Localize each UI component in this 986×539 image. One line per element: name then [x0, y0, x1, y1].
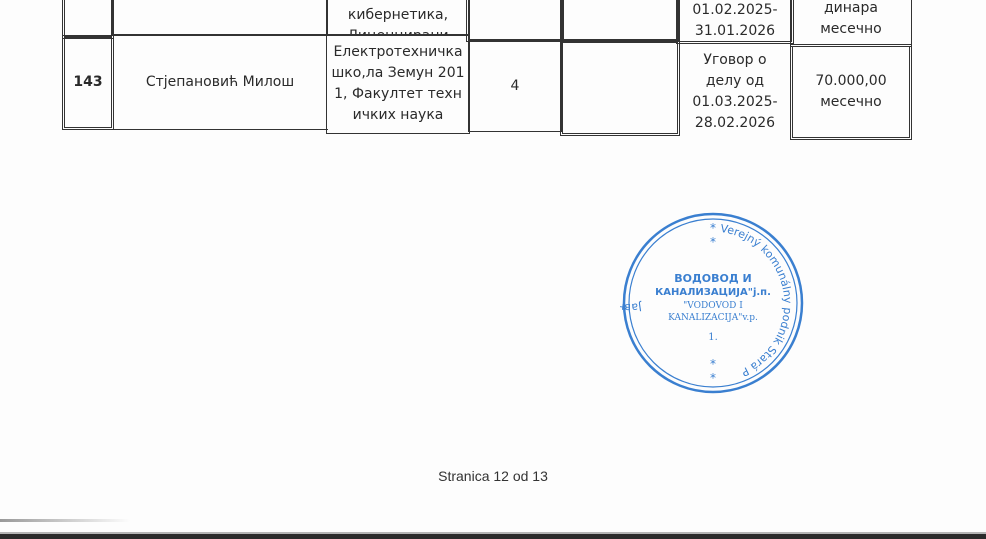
- stamp-line-3: "VODOVOD I: [683, 301, 743, 311]
- page-edge-dark: [0, 534, 986, 539]
- row-name-cell: Стјепановић Милош: [112, 34, 328, 130]
- employee-name: Стјепановић Милош: [146, 72, 294, 93]
- row-salary-cell: 70.000,00 месечно: [790, 44, 912, 140]
- contract-text: Уговор о делу од 01.03.2025-28.02.2026: [685, 50, 785, 134]
- row-degree-cell: 4: [468, 40, 562, 132]
- row-qualification-cell: Електротехничка шко,ла Земун 2011, Факул…: [326, 34, 470, 134]
- row-number-cell: 143: [62, 35, 114, 130]
- svg-text:*: *: [710, 221, 716, 235]
- prev-row-empty-cell: [560, 0, 680, 42]
- row-contract-cell: Уговор о делу од 01.03.2025-28.02.2026: [678, 44, 792, 140]
- scan-smudge: [0, 519, 130, 522]
- row-empty-cell: [560, 40, 680, 136]
- prev-row-number-cell: [62, 0, 114, 39]
- prev-row-contract-cell: 01.02.2025- 31.01.2026: [676, 0, 794, 44]
- svg-text:*: *: [710, 357, 716, 371]
- stamp-line-1: ВОДОВОД И: [674, 272, 751, 285]
- row-number: 143: [73, 72, 102, 93]
- official-stamp: Јавно комунално предузеће Стара Пазова V…: [620, 210, 806, 396]
- salary-text: 70.000,00 месечно: [806, 71, 896, 113]
- degree-level: 4: [511, 76, 520, 97]
- prev-salary-line-1: динара: [820, 0, 881, 19]
- prev-salary-line-2: месечно: [820, 19, 881, 40]
- prev-qualification-line-1: кибернетика,: [347, 5, 448, 26]
- stamp-line-2: КАНАЛИЗАЦИЈА"j.п.: [655, 287, 771, 298]
- prev-row-salary-cell: динара месечно: [790, 0, 912, 47]
- svg-text:*: *: [710, 235, 716, 249]
- stamp-number: 1.: [708, 332, 718, 343]
- prev-row-degree-cell: [466, 0, 564, 42]
- prev-contract-line-1: 01.02.2025-: [692, 0, 777, 21]
- prev-row-qualification-cell: кибернетика, Лиценцирани: [326, 0, 470, 36]
- stamp-line-4: KANALIZACIJA"v.p.: [668, 313, 758, 323]
- qualification-text: Електротехничка шко,ла Земун 2011, Факул…: [330, 42, 466, 126]
- svg-text:*: *: [710, 371, 716, 385]
- prev-contract-line-2: 31.01.2026: [692, 21, 777, 42]
- prev-row-name-cell: [112, 0, 328, 36]
- page-number-footer: Stranica 12 od 13: [0, 468, 986, 484]
- stamp-seal-icon: Јавно комунално предузеће Стара Пазова V…: [620, 210, 806, 396]
